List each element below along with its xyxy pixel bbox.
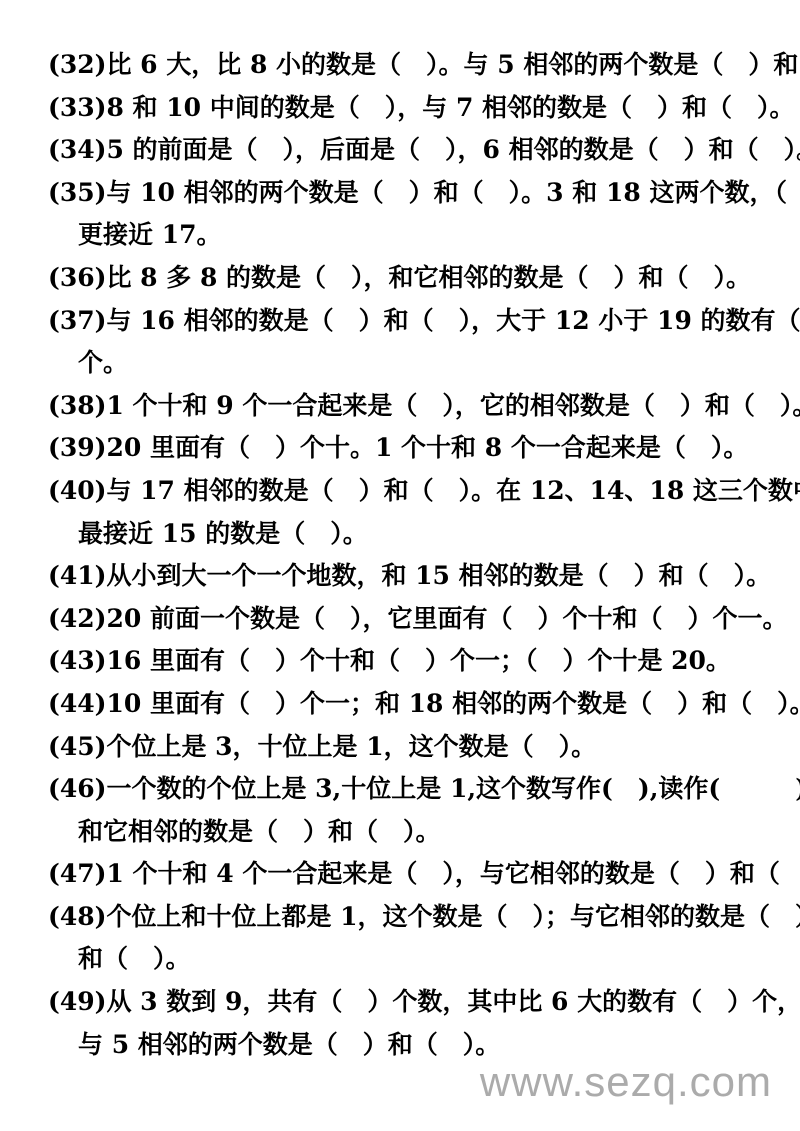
- question-line-44: (44)10 里面有（ ）个一；和 18 相邻的两个数是（ ）和（ ）。: [48, 683, 790, 726]
- question-line-48: (48)个位上和十位上都是 1，这个数是（ ）；与它相邻的数是（ ）: [48, 896, 790, 939]
- worksheet-page: (32)比 6 大，比 8 小的数是（ ）。与 5 相邻的两个数是（ ）和（ ）…: [0, 0, 800, 1131]
- question-line-36: (36)比 8 多 8 的数是（ ），和它相邻的数是（ ）和（ ）。: [48, 257, 790, 300]
- question-line-41: (41)从小到大一个一个地数，和 15 相邻的数是（ ）和（ ）。: [48, 555, 790, 598]
- question-line-45: (45)个位上是 3，十位上是 1，这个数是（ ）。: [48, 726, 790, 769]
- continuation-line-48: 和（ ）。: [48, 938, 790, 981]
- watermark: www.sezq.com: [480, 1058, 772, 1106]
- question-line-34: (34)5 的前面是（ ），后面是（ ），6 相邻的数是（ ）和（ ）。: [48, 129, 790, 172]
- question-line-33: (33)8 和 10 中间的数是（ ），与 7 相邻的数是（ ）和（ ）。: [48, 87, 790, 130]
- question-list: (32)比 6 大，比 8 小的数是（ ）。与 5 相邻的两个数是（ ）和（ ）…: [48, 44, 790, 1066]
- question-line-46: (46)一个数的个位上是 3,十位上是 1,这个数写作( ),读作( ),: [48, 768, 790, 811]
- question-line-47: (47)1 个十和 4 个一合起来是（ ），与它相邻的数是（ ）和（ ）。: [48, 853, 790, 896]
- question-line-49: (49)从 3 数到 9，共有（ ）个数，其中比 6 大的数有（ ）个，: [48, 981, 790, 1024]
- question-line-42: (42)20 前面一个数是（ ），它里面有（ ）个十和（ ）个一。: [48, 598, 790, 641]
- continuation-line-46: 和它相邻的数是（ ）和（ ）。: [48, 811, 790, 854]
- continuation-line-40: 最接近 15 的数是（ ）。: [48, 513, 790, 556]
- continuation-line-35: 更接近 17。: [48, 214, 790, 257]
- question-line-32: (32)比 6 大，比 8 小的数是（ ）。与 5 相邻的两个数是（ ）和（ ）…: [48, 44, 790, 87]
- question-line-35: (35)与 10 相邻的两个数是（ ）和（ ）。3 和 18 这两个数，（ ）: [48, 172, 790, 215]
- question-line-38: (38)1 个十和 9 个一合起来是（ ），它的相邻数是（ ）和（ ）。: [48, 385, 790, 428]
- question-line-43: (43)16 里面有（ ）个十和（ ）个一；（ ）个十是 20。: [48, 640, 790, 683]
- question-line-37: (37)与 16 相邻的数是（ ）和（ ），大于 12 小于 19 的数有（ ）: [48, 300, 790, 343]
- question-line-40: (40)与 17 相邻的数是（ ）和（ ）。在 12、14、18 这三个数中，: [48, 470, 790, 513]
- continuation-line-37: 个。: [48, 342, 790, 385]
- question-line-39: (39)20 里面有（ ）个十。1 个十和 8 个一合起来是（ ）。: [48, 427, 790, 470]
